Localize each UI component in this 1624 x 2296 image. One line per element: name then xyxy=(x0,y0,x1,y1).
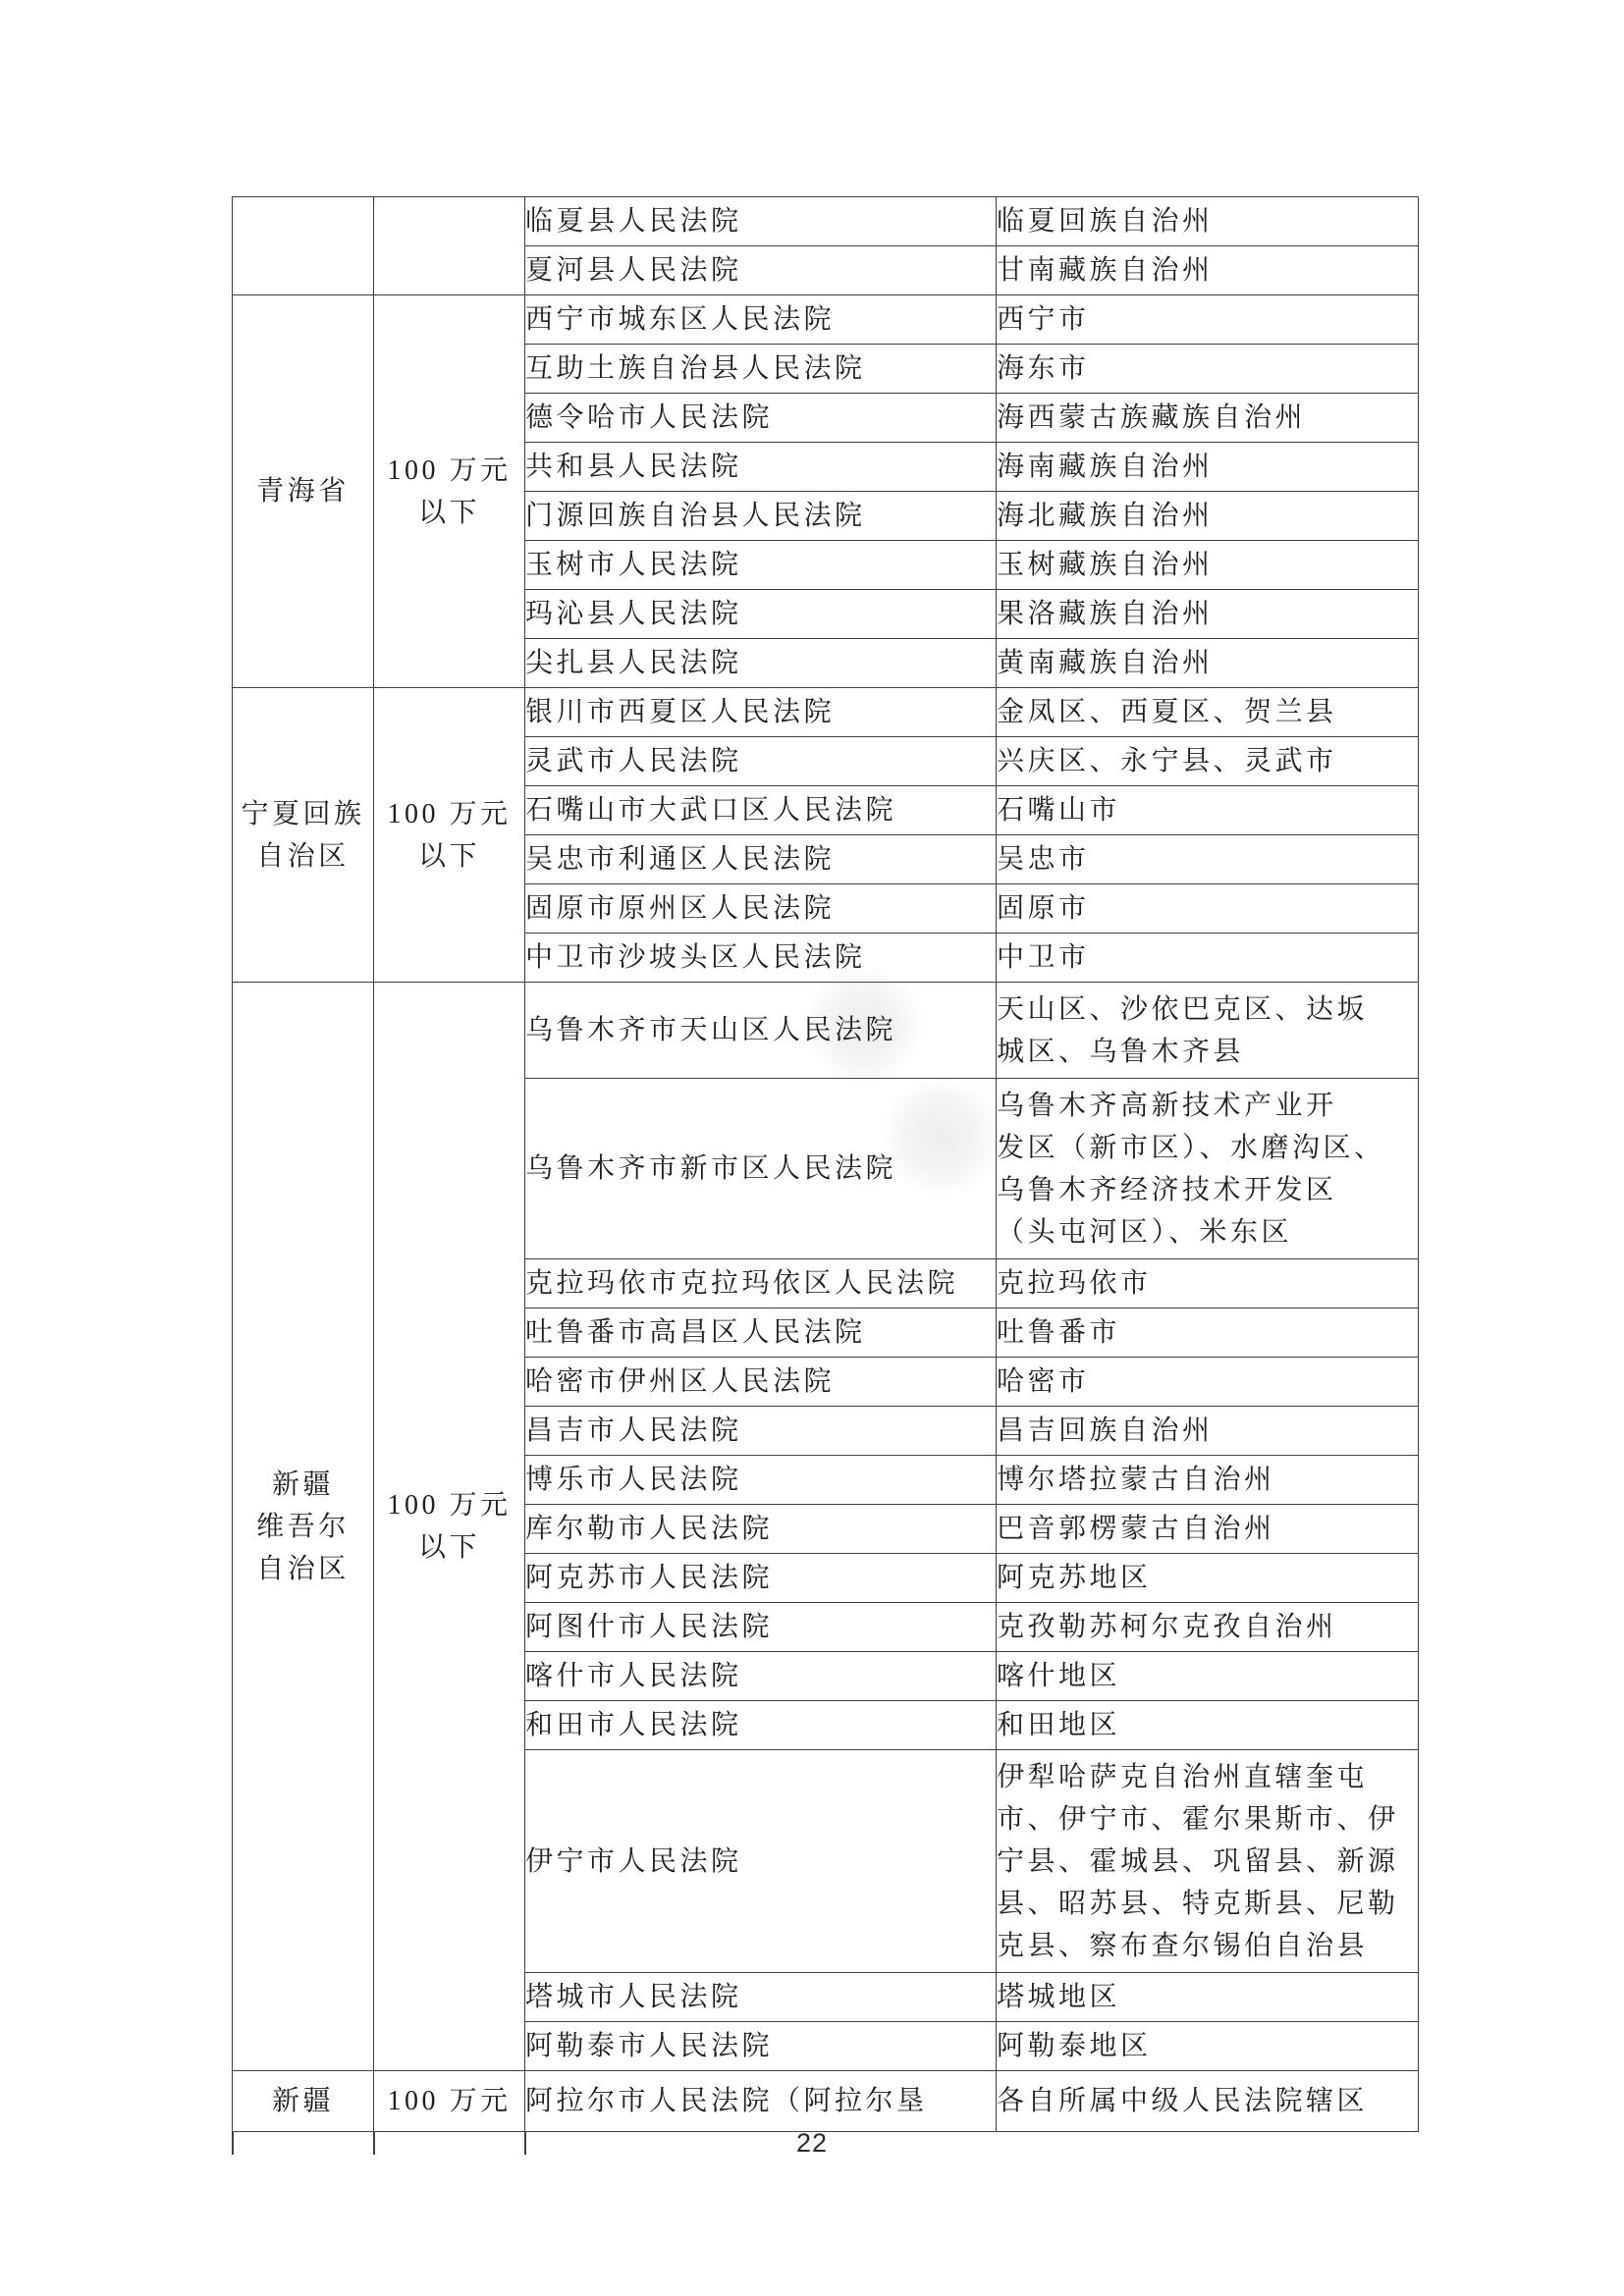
jurisdiction-cell: 阿克苏地区 xyxy=(997,1554,1419,1603)
jurisdiction-cell: 石嘴山市 xyxy=(997,786,1419,835)
amount-cell: 100 万元 xyxy=(374,2071,525,2132)
province-cell xyxy=(233,197,374,295)
table-row: 新疆 维吾尔 自治区100 万元 以下乌鲁木齐市天山区人民法院天山区、沙依巴克区… xyxy=(233,983,1419,1079)
jurisdiction-cell: 和田地区 xyxy=(997,1701,1419,1750)
court-cell: 阿克苏市人民法院 xyxy=(525,1554,997,1603)
court-cell: 石嘴山市大武口区人民法院 xyxy=(525,786,997,835)
court-cell: 德令哈市人民法院 xyxy=(525,394,997,443)
table-row: 宁夏回族 自治区100 万元 以下银川市西夏区人民法院金凤区、西夏区、贺兰县 xyxy=(233,688,1419,737)
jurisdiction-cell: 伊犁哈萨克自治州直辖奎屯 市、伊宁市、霍尔果斯市、伊 宁县、霍城县、巩留县、新源… xyxy=(997,1750,1419,1973)
court-cell: 喀什市人民法院 xyxy=(525,1652,997,1701)
court-cell: 尖扎县人民法院 xyxy=(525,639,997,688)
jurisdiction-cell: 海北藏族自治州 xyxy=(997,492,1419,541)
court-cell: 阿勒泰市人民法院 xyxy=(525,2022,997,2071)
table-row: 新疆100 万元阿拉尔市人民法院（阿拉尔垦各自所属中级人民法院辖区 xyxy=(233,2071,1419,2132)
jurisdiction-cell: 固原市 xyxy=(997,884,1419,934)
table-border-stub xyxy=(373,2131,375,2155)
court-cell: 昌吉市人民法院 xyxy=(525,1407,997,1456)
court-cell: 乌鲁木齐市天山区人民法院 xyxy=(525,983,997,1079)
jurisdiction-cell: 海西蒙古族藏族自治州 xyxy=(997,394,1419,443)
table-border-stub xyxy=(232,2131,234,2155)
court-cell: 互助土族自治县人民法院 xyxy=(525,345,997,394)
jurisdiction-cell: 塔城地区 xyxy=(997,1973,1419,2022)
jurisdiction-cell: 克孜勒苏柯尔克孜自治州 xyxy=(997,1603,1419,1652)
amount-cell: 100 万元 以下 xyxy=(374,295,525,688)
court-cell: 伊宁市人民法院 xyxy=(525,1750,997,1973)
jurisdiction-cell: 天山区、沙依巴克区、达坂 城区、乌鲁木齐县 xyxy=(997,983,1419,1079)
jurisdiction-cell: 阿勒泰地区 xyxy=(997,2022,1419,2071)
province-cell: 新疆 维吾尔 自治区 xyxy=(233,983,374,2071)
court-cell: 中卫市沙坡头区人民法院 xyxy=(525,934,997,983)
court-cell: 西宁市城东区人民法院 xyxy=(525,295,997,345)
province-cell: 宁夏回族 自治区 xyxy=(233,688,374,983)
court-cell: 克拉玛依市克拉玛依区人民法院 xyxy=(525,1259,997,1308)
jurisdiction-cell: 克拉玛依市 xyxy=(997,1259,1419,1308)
jurisdiction-cell: 黄南藏族自治州 xyxy=(997,639,1419,688)
jurisdiction-cell: 海南藏族自治州 xyxy=(997,443,1419,492)
court-cell: 吴忠市利通区人民法院 xyxy=(525,835,997,884)
jurisdiction-table: 临夏县人民法院临夏回族自治州夏河县人民法院甘南藏族自治州青海省100 万元 以下… xyxy=(232,196,1419,2132)
jurisdiction-cell: 西宁市 xyxy=(997,295,1419,345)
court-cell: 博乐市人民法院 xyxy=(525,1456,997,1505)
court-cell: 夏河县人民法院 xyxy=(525,246,997,295)
table-body: 临夏县人民法院临夏回族自治州夏河县人民法院甘南藏族自治州青海省100 万元 以下… xyxy=(233,197,1419,2132)
page-number: 22 xyxy=(0,2128,1624,2159)
jurisdiction-cell: 乌鲁木齐高新技术产业开 发区（新市区）、水磨沟区、 乌鲁木齐经济技术开发区 （头… xyxy=(997,1079,1419,1259)
amount-cell: 100 万元 以下 xyxy=(374,688,525,983)
court-cell: 共和县人民法院 xyxy=(525,443,997,492)
table-border-stub xyxy=(524,2131,526,2155)
table-row: 临夏县人民法院临夏回族自治州 xyxy=(233,197,1419,246)
court-cell: 和田市人民法院 xyxy=(525,1701,997,1750)
court-cell: 玉树市人民法院 xyxy=(525,541,997,590)
jurisdiction-cell: 吐鲁番市 xyxy=(997,1308,1419,1358)
jurisdiction-cell: 吴忠市 xyxy=(997,835,1419,884)
jurisdiction-cell: 兴庆区、永宁县、灵武市 xyxy=(997,737,1419,786)
court-cell: 门源回族自治县人民法院 xyxy=(525,492,997,541)
court-cell: 灵武市人民法院 xyxy=(525,737,997,786)
court-cell: 吐鲁番市高昌区人民法院 xyxy=(525,1308,997,1358)
jurisdiction-cell: 金凤区、西夏区、贺兰县 xyxy=(997,688,1419,737)
jurisdiction-cell: 喀什地区 xyxy=(997,1652,1419,1701)
court-cell: 银川市西夏区人民法院 xyxy=(525,688,997,737)
court-cell: 临夏县人民法院 xyxy=(525,197,997,246)
amount-cell xyxy=(374,197,525,295)
jurisdiction-cell: 海东市 xyxy=(997,345,1419,394)
jurisdiction-cell: 果洛藏族自治州 xyxy=(997,590,1419,639)
province-cell: 青海省 xyxy=(233,295,374,688)
province-cell: 新疆 xyxy=(233,2071,374,2132)
jurisdiction-cell: 临夏回族自治州 xyxy=(997,197,1419,246)
court-cell: 阿图什市人民法院 xyxy=(525,1603,997,1652)
jurisdiction-cell: 中卫市 xyxy=(997,934,1419,983)
court-cell: 库尔勒市人民法院 xyxy=(525,1505,997,1554)
jurisdiction-cell: 哈密市 xyxy=(997,1358,1419,1407)
court-cell: 固原市原州区人民法院 xyxy=(525,884,997,934)
amount-cell: 100 万元 以下 xyxy=(374,983,525,2071)
jurisdiction-cell: 巴音郭楞蒙古自治州 xyxy=(997,1505,1419,1554)
court-cell: 乌鲁木齐市新市区人民法院 xyxy=(525,1079,997,1259)
jurisdiction-cell: 甘南藏族自治州 xyxy=(997,246,1419,295)
court-cell: 玛沁县人民法院 xyxy=(525,590,997,639)
court-cell: 塔城市人民法院 xyxy=(525,1973,997,2022)
jurisdiction-cell: 昌吉回族自治州 xyxy=(997,1407,1419,1456)
jurisdiction-cell: 博尔塔拉蒙古自治州 xyxy=(997,1456,1419,1505)
table-row: 青海省100 万元 以下西宁市城东区人民法院西宁市 xyxy=(233,295,1419,345)
court-cell: 阿拉尔市人民法院（阿拉尔垦 xyxy=(525,2071,997,2132)
jurisdiction-cell: 各自所属中级人民法院辖区 xyxy=(997,2071,1419,2132)
court-cell: 哈密市伊州区人民法院 xyxy=(525,1358,997,1407)
jurisdiction-cell: 玉树藏族自治州 xyxy=(997,541,1419,590)
